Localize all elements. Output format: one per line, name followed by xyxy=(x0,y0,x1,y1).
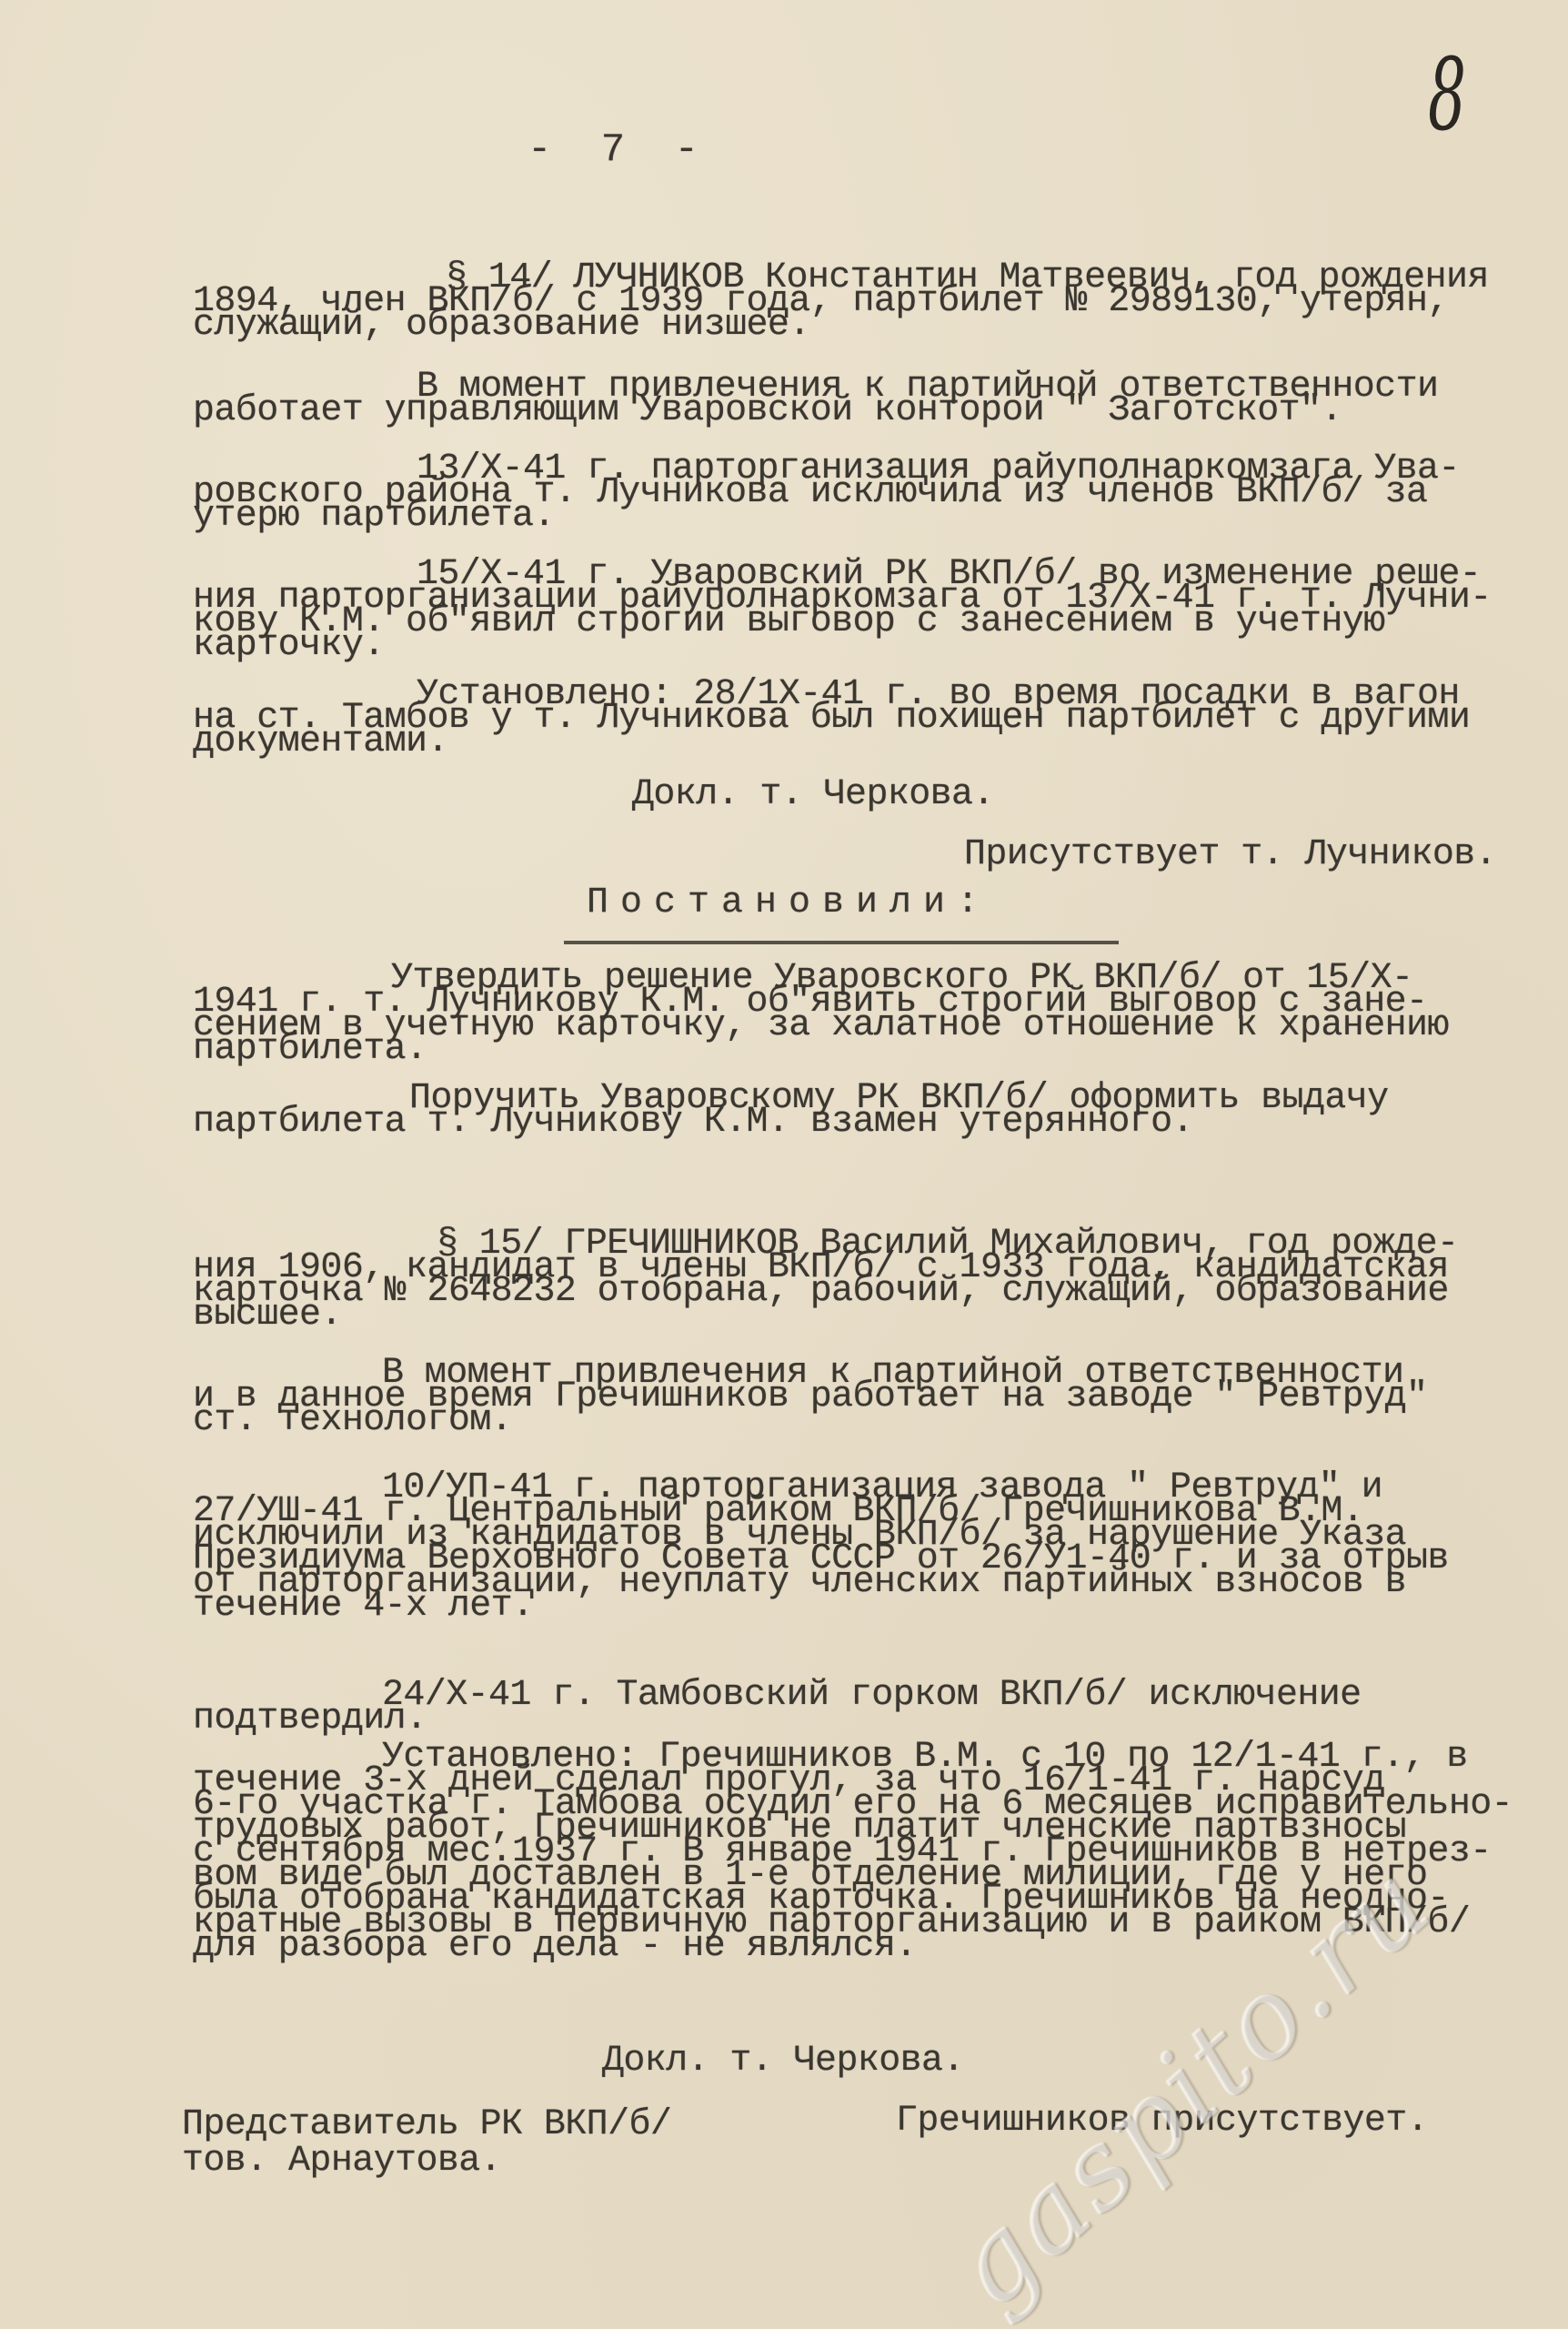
text-line: служащий, образование низшее. xyxy=(193,311,810,340)
typed-page-number: - 7 - xyxy=(528,127,711,173)
section-14-present: Присутствует т. Лучников. xyxy=(964,841,1496,870)
text-line: течение 4-х лет. xyxy=(193,1592,533,1621)
text-line: работает управляющим Уваровской конторой… xyxy=(193,397,1342,426)
text-line: утерю партбилета. xyxy=(193,502,555,531)
text-line: карточка № 2648232 отобрана, рабочий, сл… xyxy=(193,1277,1449,1306)
document-page: 8 - 7 - § 14/ ЛУЧНИКОВ Константин Матвее… xyxy=(0,0,1568,2329)
text-line: ст. технологом. xyxy=(193,1406,512,1436)
representative-line: Представитель РК ВКП/б/ xyxy=(182,2111,671,2140)
resolution-line: партбилета. xyxy=(193,1035,427,1064)
text-line: подтвердил. xyxy=(193,1705,427,1734)
representative-line: тов. Арнаутова. xyxy=(182,2147,501,2176)
resolution-line: партбилета т. Лучникову К.М. взамен утер… xyxy=(193,1108,1193,1137)
handwritten-sheet-number: 8 xyxy=(1428,36,1466,153)
section-14-reporter: Докл. т. Черкова. xyxy=(632,781,994,810)
text-line: высшее. xyxy=(193,1301,342,1330)
text-line: документами. xyxy=(193,728,448,757)
text-line: для разбора его дела - не являлся. xyxy=(193,1932,917,1961)
section-15-reporter: Докл. т. Черкова. xyxy=(602,2047,964,2076)
text-line: 24/Х-41 г. Тамбовский горком ВКП/б/ искл… xyxy=(382,1681,1362,1710)
heading-underline xyxy=(564,941,1119,944)
text-line: карточку. xyxy=(193,631,385,660)
resolution-heading: Постановили: xyxy=(587,882,990,923)
